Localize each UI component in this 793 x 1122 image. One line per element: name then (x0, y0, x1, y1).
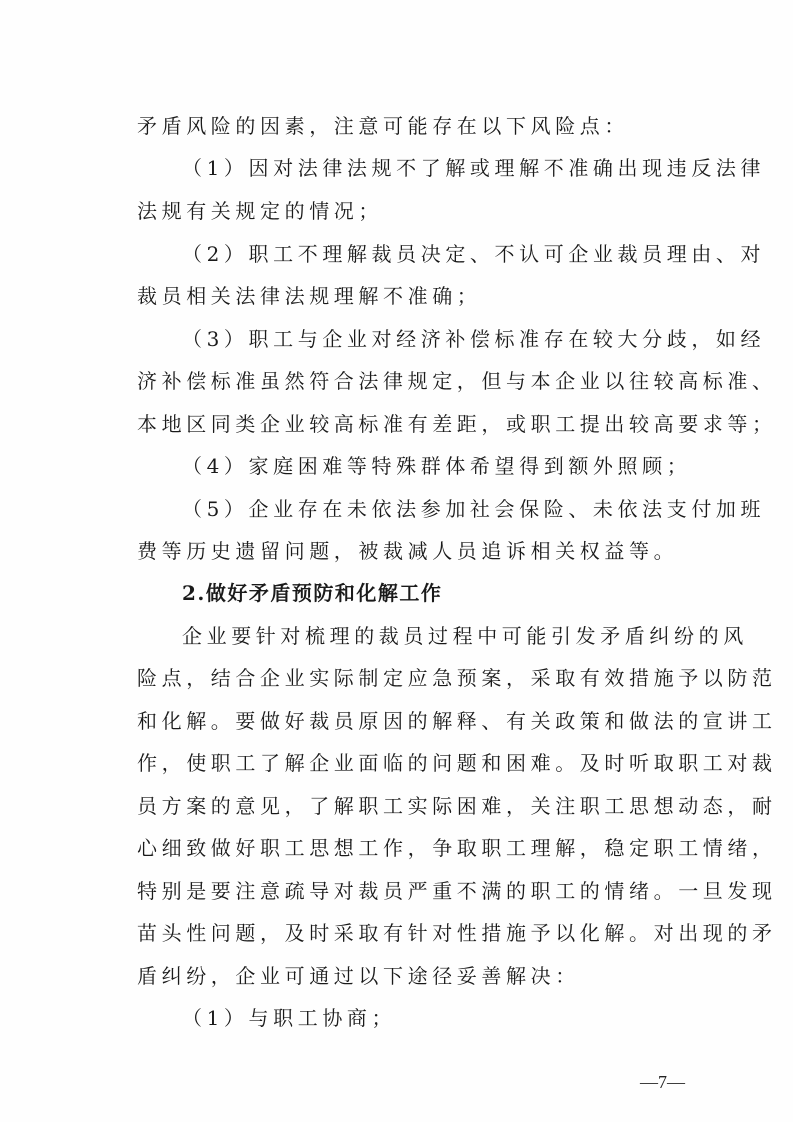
list-item-5: （5）企业存在未依法参加社会保险、未依法支付加班 (182, 494, 742, 524)
text-line: 特别是要注意疏导对裁员严重不满的职工的情绪。一旦发现 (137, 876, 697, 906)
text-line: 费等历史遗留问题，被裁减人员追诉相关权益等。 (137, 536, 697, 566)
section-heading: 2.做好矛盾预防和化解工作 (182, 578, 742, 608)
list-item-3: （3）职工与企业对经济补偿标准存在较大分歧，如经 (182, 324, 742, 354)
list-item-1-resolution: （1）与职工协商； (182, 1003, 742, 1033)
text-line: 济补偿标准虽然符合法律规定，但与本企业以往较高标准、 (137, 366, 697, 396)
text-line: 心细致做好职工思想工作，争取职工理解，稳定职工情绪， (137, 833, 697, 863)
text-line: 本地区同类企业较高标准有差距，或职工提出较高要求等； (137, 409, 697, 439)
document-page: 矛盾风险的因素，注意可能存在以下风险点： （1）因对法律法规不了解或理解不准确出… (0, 0, 793, 1122)
page-number: —7— (640, 1072, 685, 1093)
text-line: 和化解。要做好裁员原因的解释、有关政策和做法的宣讲工 (137, 706, 697, 736)
text-line: 盾纠纷，企业可通过以下途径妥善解决： (137, 961, 697, 991)
text-line: 裁员相关法律法规理解不准确； (137, 281, 697, 311)
text-line: 作，使职工了解企业面临的问题和困难。及时听取职工对裁 (137, 748, 697, 778)
text-line: 苗头性问题，及时采取有针对性措施予以化解。对出现的矛 (137, 918, 697, 948)
text-line: 法规有关规定的情况； (137, 196, 697, 226)
text-line: 矛盾风险的因素，注意可能存在以下风险点： (137, 111, 697, 141)
text-line: 险点，结合企业实际制定应急预案，采取有效措施予以防范 (137, 663, 697, 693)
text-line: 员方案的意见，了解职工实际困难，关注职工思想动态，耐 (137, 791, 697, 821)
paragraph-start: 企业要针对梳理的裁员过程中可能引发矛盾纠纷的风 (182, 621, 742, 651)
list-item-4: （4）家庭困难等特殊群体希望得到额外照顾； (182, 451, 742, 481)
list-item-1: （1）因对法律法规不了解或理解不准确出现违反法律 (182, 153, 742, 183)
list-item-2: （2）职工不理解裁员决定、不认可企业裁员理由、对 (182, 239, 742, 269)
